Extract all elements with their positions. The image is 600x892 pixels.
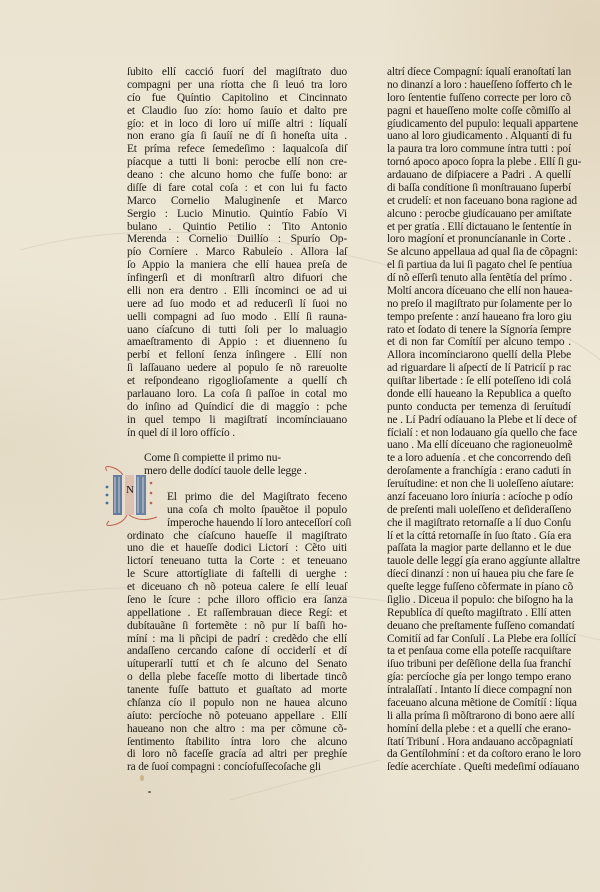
text-line: perbí et felloní ſenza ínſingere . Ellí … [127,349,347,362]
text-line: tornó apoco apoco ſopra la plebe . Ellí … [387,156,571,169]
text-line: Se alcuno appellaua ad qual ſia de cõpag… [387,246,571,259]
text-line: ta et penſaua come ella poteſſe racquiſt… [387,645,571,658]
text-line: ordinato che cíaſcuno haueſſe il magiſtr… [127,530,347,543]
text-line: et Claudio ſuo zío: homo ſauío et dalto … [127,105,347,118]
text-line: quiſtar libertade : ſe ellí poteſſeno id… [387,375,571,388]
text-line: no dinanzí a loro : haueſſeno ſofferto c… [387,79,571,92]
right-text-column: altrí díece Compagní: íqualí eranoſtatí … [387,66,571,774]
text-line: appellatione . Et raſſembrauan diece Reg… [127,607,347,620]
text-line: Allora incomínciarono quellí della Plebe [387,349,571,362]
text-line: et reſpondeano rigoglioſamente a quellí … [127,375,347,388]
text-line: ne . Lí Padrí odíauano la Plebe et lí de… [387,414,571,427]
text-line: ra de ſuoí compagni : concíofuſſecoſache… [127,761,347,774]
decorated-initial-letter: N [101,465,161,527]
text-line: et per gratía . Ellí dictauano le ſenten… [387,221,571,234]
text-line: o della plebe faceſſe motto di libertade… [127,671,347,684]
text-line: tanente fuſſe battuto et guaſtato ad mor… [127,684,347,697]
text-line: rato et ſodato di tenere la Sígnoría ſem… [387,324,571,337]
text-line: tempo preſente : anzí haueano fra loro g… [387,311,571,324]
text-line: parlauano loro. La coſa ſi paſſoe in cot… [127,388,347,401]
text-line: cío fue Quíntio Capitolino et Cincinnato [127,92,347,105]
blank-line [127,439,347,452]
text-line: Moltí ancora díceuano che ellí non haueа… [387,285,571,298]
text-line: díecí dinanzí : non uí hauea piu che far… [387,568,571,581]
text-line: ſtatí Tribuní . Hora andauano accõpagnia… [387,736,571,749]
text-line: la paura tra loro commune íntra tutti : … [387,143,571,156]
left-text-column: ſubito ellí cacció fuorí del magiſtrato … [127,66,347,774]
text-line: lí et la cíttá retornaſſe ín ſuo ſtato .… [387,530,571,543]
text-line: míní : ma li pñcipi de padrí : credẽdo c… [127,633,347,646]
text-line: do inſino ad Quíndicí die di maggío : pc… [127,401,347,414]
text-line: ſubito ellí cacció fuorí del magiſtrato … [127,66,347,79]
text-line: uano al loro giudicamento . Alquantí di … [387,130,571,143]
text-line: punto conducta per temenza di ſeruítudí [387,401,571,414]
text-line: uere ad ſuo modo et ad reducerſi lí ſuoi… [127,298,347,311]
text-line: ínfingerſi et di monſtrarſi altro difuor… [127,272,347,285]
text-line: loro ſententie fuſſeno correcte per loro… [387,92,571,105]
text-line: andaſſeno cercando caſone dí occiderlí e… [127,645,347,658]
text-line: diſſe di fare cotal coſa : et con lui fu… [127,182,347,195]
text-line: Comitíí ad far Conſulí . La Plebe era ſo… [387,633,571,646]
text-line: tauole delle leggí gía erano aggíunte al… [387,555,571,568]
text-line: lictorí teneuano tutta la Corte : et ten… [127,555,347,568]
text-line: ſi laſſauano uedere al populo ſe nõ rare… [127,362,347,375]
text-line: faceuano alcuna mẽtione de Comítíí : líq… [387,697,571,710]
text-line: dí nõ eſſerſi tenuto alla ſentẽtía del p… [387,272,571,285]
ink-spot [140,775,144,781]
text-line: fícialí : et non lodauano gía quello che… [387,427,571,440]
text-line: ardauano de diſpiacere a Padri . A quell… [387,169,571,182]
text-line: aíuto: percíoche nõ poteuano appellare .… [127,710,347,723]
text-line: uítuperarlí tuttí et cħ ſe alcuno del Se… [127,658,347,671]
text-line: ſo Appio la maniera che ellí hauea preſa… [127,259,347,272]
text-line: et crudelí: et non faceuano bona ragione… [387,195,571,208]
text-line: Marco Cornelio Maluginenſe et Marco [127,195,347,208]
text-line: uano . Ma ellí díceuano che ragioneuolmẽ [387,439,571,452]
text-line: deroſamente a franchígía : erano caduti … [387,465,571,478]
text-line: bulano . Quintio Petilio : Tito Antonio [127,221,347,234]
text-line: di loro nõ faceſſe gracía ad altri per p… [127,748,347,761]
text-line: li alla príma ſi mõſtrarono di bono aere… [387,710,571,723]
text-line: ſiglio . Diceua il populo: che biſogno h… [387,594,571,607]
text-line: che il magiſtrato retornaſſe a lí duo Co… [387,517,571,530]
text-line: gíudicamento del pupulo: lequali apparte… [387,118,571,131]
text-line: anzí faceuano loro íniuría : acíoche p o… [387,491,571,504]
text-line: cħſanza cío il populo non ne hauea alcun… [127,697,347,710]
text-line: di baſſa condítione ſi monſtrauano ſuper… [387,182,571,195]
text-line: queſte legge fuſſeno cõfermate in píano … [387,581,571,594]
text-line: da Gentílohmíní : et da coſtoro erano le… [387,748,571,761]
text-line: dubítauãne ſi fortemẽte : nõ pur lí baſſ… [127,620,347,633]
text-line: te a loro aduenía . et che concorrendo d… [387,452,571,465]
text-line: et diceuano cħ nõ poteua calere ſe ellí … [127,581,347,594]
text-line: uno die et haueſſe dodici Lictorí : Cẽto… [127,542,347,555]
text-line: pagni et haueſſeno molte coſſe cõmiſſo a… [387,105,571,118]
text-line: ín quel dí il loro offícío . [127,427,347,440]
text-line: pío Corníere . Marco Rabuleío . Allora l… [127,246,347,259]
text-line: homíní della plebe : et a quellí che era… [387,723,571,736]
text-line: Et príma refece ſemedeſimo : laqualcoſa … [127,143,347,156]
text-line: ſeruítudine: et non che li uoleſſeno aíu… [387,478,571,491]
ink-spot [148,791,151,793]
text-line: Republíca dí queſto magiſtrato . Ellí at… [387,607,571,620]
text-line: ſedíe acerchíate . Queſti medeſimí odíau… [387,761,571,774]
text-line: ad riguardare li aſpectí de lí Patricíí … [387,362,571,375]
text-line: iſuo tribuni per deſẽſione della ſua fra… [387,658,571,671]
text-line: de preſenti mali uoleſſeno et deſideraſſ… [387,504,571,517]
text-line: elli non era dentro . Elli íncominci oe … [127,285,347,298]
text-line: gío: et in loco di loro uí miſſe altri :… [127,118,347,131]
text-line: íntralaſſatí . Intanto lí diece compagní… [387,684,571,697]
svg-text:N: N [126,484,134,496]
text-line: le Scure attortígliate di faſtelli di ue… [127,568,347,581]
text-line: uano cíaſcuno di tutti ſoli per lo malua… [127,324,347,337]
text-line: loro magíoní et pronuncíananle in Corte … [387,233,571,246]
text-line: Merenda : Cornelio Duillío : Spurío Op- [127,233,347,246]
text-line: Sergio : Lucio Minutio. Quintío Fabío Vi [127,208,347,221]
text-line: compagni per una ríotta che ſi leuó tra … [127,79,347,92]
text-line: non erano gía ſi ſauíí ne dí ſi honeſta … [127,130,347,143]
text-line: no preſo il magiſtrato pur ſolamente per… [387,298,571,311]
text-line: Come ſi compiette il primo nu- [144,452,347,465]
text-line: ſeno le ſcure : pche illoro officio era … [127,594,347,607]
text-line: uelli compagni ad ſuo modo . Ellí ſi rau… [127,311,347,324]
text-line: et di non far Comítíí per alcuno tempo . [387,336,571,349]
text-line: alcuno : perocbe giudícauano per amiſtat… [387,208,571,221]
text-line: ſentimento ſtabilito íntra loro che alcu… [127,736,347,749]
text-line: mero delle dodící tauole delle legge . [144,465,347,478]
text-line: el ſi partiua da lui ſi pagato chel ſe p… [387,259,571,272]
text-line: píacque a tutti li boni: perocbe ellí no… [127,156,347,169]
text-line: in quel tempo li magiſtratí incomínciaua… [127,414,347,427]
text-line: donde ellí haueano la Republica a queſto [387,388,571,401]
text-line: paſſata la magior parte dellanno et le d… [387,542,571,555]
text-line: deano : che alcuno homo che fuſſe bono: … [127,169,347,182]
text-line: altrí díece Compagní: íqualí eranoſtatí … [387,66,571,79]
text-line: deuano che preſtamente fuſſeno comandatí [387,620,571,633]
text-line: amaeſtramento di Appio : et diuenneno ſu [127,336,347,349]
text-line: gía: percíoche gía per longo tempo erano [387,671,571,684]
text-line: haueano non che altro : ma per cõmune cõ… [127,723,347,736]
